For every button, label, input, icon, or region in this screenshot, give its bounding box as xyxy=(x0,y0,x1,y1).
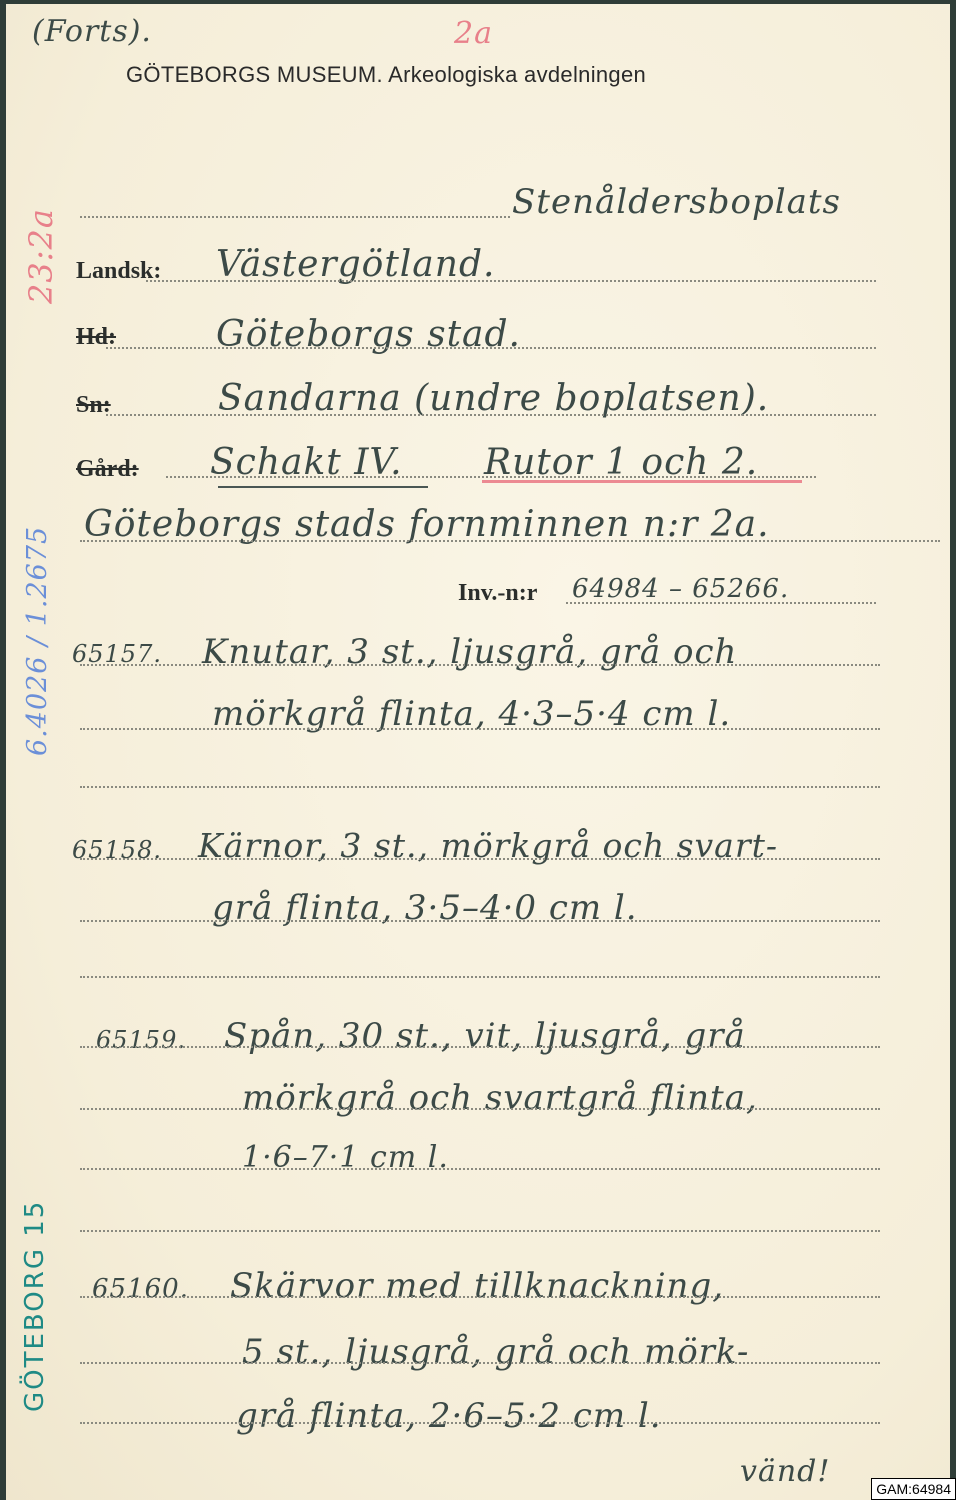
dotted-line xyxy=(80,786,880,788)
gard-label: Gård: xyxy=(76,456,139,483)
footer-note-turn-over: vänd! xyxy=(740,1454,830,1489)
entry-line: Skärvor med tillknackning, xyxy=(230,1266,724,1306)
dotted-line xyxy=(80,858,880,860)
dotted-line xyxy=(166,476,816,478)
dotted-line xyxy=(80,1168,880,1170)
dotted-line xyxy=(80,976,880,978)
schakt-underline xyxy=(218,486,428,488)
museum-header: GÖTEBORGS MUSEUM. Arkeologiska avdelning… xyxy=(126,62,646,88)
dotted-line xyxy=(566,602,876,604)
image-id-label: GAM:64984 xyxy=(871,1478,956,1500)
dotted-line xyxy=(80,1296,880,1298)
entry-line: grå flinta, 2·6–5·2 cm l. xyxy=(236,1396,662,1436)
site-type: Stenåldersboplats xyxy=(512,182,841,222)
sn-value: Sandarna (undre boplatsen). xyxy=(218,378,769,419)
dotted-line xyxy=(80,1230,880,1232)
entry-line: Spån, 30 st., vit, ljusgrå, grå xyxy=(224,1016,746,1056)
dotted-line xyxy=(106,414,876,416)
corner-note: (Forts). xyxy=(32,14,152,49)
dotted-line xyxy=(80,728,880,730)
red-underline xyxy=(482,480,802,483)
red-number-top: 2a xyxy=(454,16,493,51)
fornminne-note: Göteborgs stads fornminnen n:r 2a. xyxy=(84,504,770,545)
entry-number: 65159. xyxy=(96,1026,186,1054)
catalog-card: (Forts). 2a GÖTEBORGS MUSEUM. Arkeologis… xyxy=(6,4,950,1500)
dotted-line xyxy=(80,216,510,218)
entry-line: Knutar, 3 st., ljusgrå, grå och xyxy=(202,632,737,672)
entry-line: mörkgrå och svartgrå flinta, xyxy=(242,1078,758,1118)
side-stamp: GÖTEBORG 15 xyxy=(20,1200,50,1412)
side-red-number: 23:2a xyxy=(22,208,60,304)
dotted-line xyxy=(146,280,876,282)
dotted-line xyxy=(80,1108,880,1110)
entry-line: grå flinta, 3·5–4·0 cm l. xyxy=(212,888,638,928)
dotted-line xyxy=(106,347,876,349)
entry-number: 65160. xyxy=(92,1274,189,1304)
entry-line: 5 st., ljusgrå, grå och mörk- xyxy=(242,1332,749,1372)
inv-value: 64984 – 65266. xyxy=(572,574,789,604)
dotted-line xyxy=(80,540,940,542)
inv-label: Inv.-n:r xyxy=(458,580,537,607)
dotted-line xyxy=(80,1422,880,1424)
dotted-line xyxy=(80,920,880,922)
side-blue-numbers: 6.4026 / 1.2675 xyxy=(22,526,53,756)
dotted-line xyxy=(80,1362,880,1364)
dotted-line xyxy=(80,1046,880,1048)
dotted-line xyxy=(80,664,880,666)
landsk-value: Västergötland. xyxy=(216,244,495,285)
